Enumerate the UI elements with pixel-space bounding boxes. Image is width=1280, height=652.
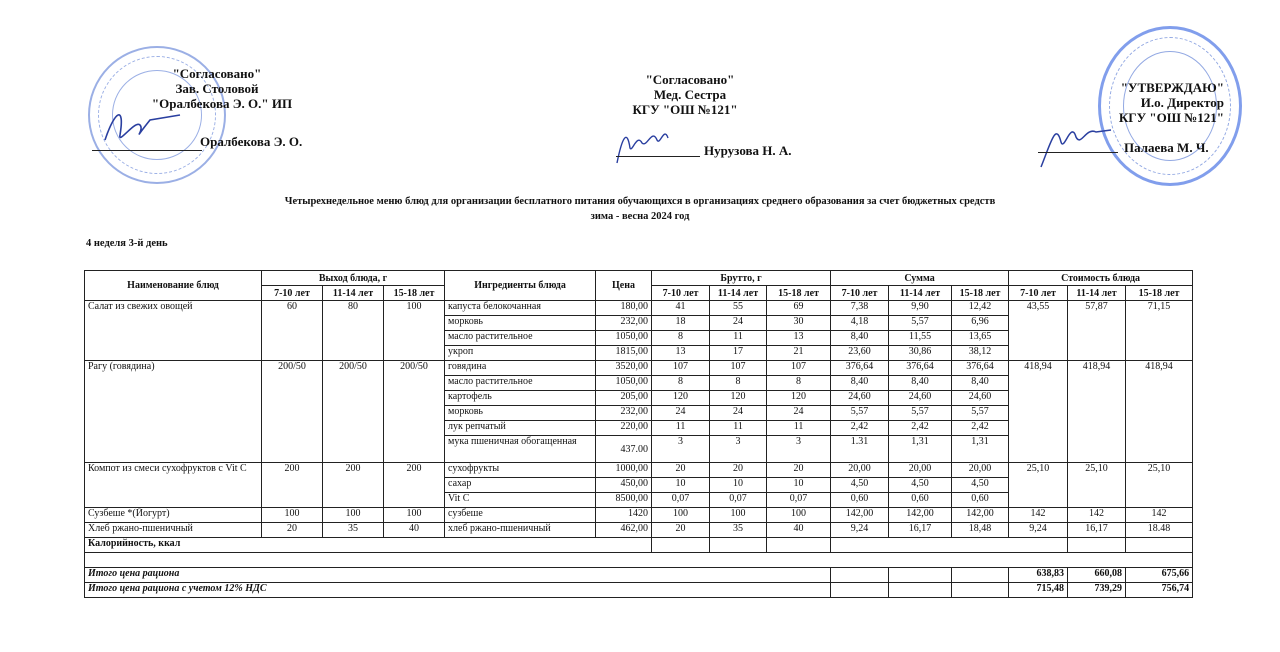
ingredient-gross: 10 [710,478,767,493]
ingredient-sum: 142,00 [889,508,952,523]
ingredient-gross: 21 [767,346,831,361]
calories-label: Калорийность, ккал [85,538,652,553]
dish-name: Рагу (говядина) [85,361,262,463]
approval-center-signer: Нурузова Н. А. [704,143,792,158]
ingredient-gross: 20 [652,463,710,478]
approval-center-line2: КГУ "ОШ №121" [580,102,790,117]
ingredient-gross: 35 [710,523,767,538]
week-day-label: 4 неделя 3-й день [86,238,168,249]
dish-yield: 60 [262,301,323,361]
ingredient-price: 1050,00 [596,331,652,346]
dish-yield: 35 [323,523,384,538]
dish-yield: 100 [262,508,323,523]
ingredient-gross: 24 [652,406,710,421]
ingredient-name: хлеб ржано-пшеничный [445,523,596,538]
total-empty [952,568,1009,583]
table-row: Сузбеше *(Йогурт)100100100сузбеше1420100… [85,508,1193,523]
header-age-group: 11-14 лет [710,286,767,301]
header-ingredients: Ингредиенты блюда [445,271,596,301]
approval-center-signature-line [616,156,700,157]
ingredient-name: Vit C [445,493,596,508]
ingredient-gross: 20 [652,523,710,538]
empty-cell [85,553,1193,568]
dish-cost: 418,94 [1009,361,1068,463]
approval-right-line2: КГУ "ОШ №121" [1064,110,1224,125]
ingredient-sum: 5,57 [831,406,889,421]
ingredient-sum: 2,42 [831,421,889,436]
dish-yield: 200/50 [323,361,384,463]
calories-cell [1068,538,1126,553]
document-title: Четырехнедельное меню блюд для организац… [0,194,1280,224]
dish-yield: 80 [323,301,384,361]
ingredient-name: лук репчатый [445,421,596,436]
ingredient-sum: 8,40 [952,376,1009,391]
header-yield: Выход блюда, г [262,271,445,286]
ingredient-sum: 5,57 [889,406,952,421]
total-empty [952,583,1009,598]
total-label: Итого цена рациона [85,568,831,583]
ingredient-gross: 11 [710,421,767,436]
calories-cell [710,538,767,553]
ingredient-gross: 3 [767,436,831,463]
ingredient-gross: 11 [652,421,710,436]
dish-yield: 200/50 [384,361,445,463]
ingredient-price: 205,00 [596,391,652,406]
approval-left-line1: Зав. Столовой [102,81,332,96]
table-row: Салат из свежих овощей6080100капуста бел… [85,301,1193,316]
ingredient-price: 8500,00 [596,493,652,508]
menu-table: Наименование блюдВыход блюда, гИнгредиен… [84,270,1193,598]
ingredient-price: 1050,00 [596,376,652,391]
header-dish-cost: Стоимость блюда [1009,271,1193,286]
ingredient-name: сузбеше [445,508,596,523]
calories-row: Калорийность, ккал [85,538,1193,553]
ingredient-price: 437.00 [596,436,652,463]
ingredient-sum: 5,57 [952,406,1009,421]
ingredient-name: капуста белокочанная [445,301,596,316]
header-age-group: 15-18 лет [1126,286,1193,301]
ingredient-sum: 24,60 [831,391,889,406]
ingredient-sum: 0,60 [831,493,889,508]
ingredient-gross: 8 [652,376,710,391]
ingredient-sum: 142,00 [952,508,1009,523]
approval-center-line1: Мед. Сестра [590,87,790,102]
empty-row [85,553,1193,568]
ingredient-price: 232,00 [596,316,652,331]
dish-cost: 25,10 [1068,463,1126,508]
ingredient-gross: 0,07 [652,493,710,508]
ingredient-gross: 10 [652,478,710,493]
dish-yield: 200 [262,463,323,508]
ingredient-gross: 3 [710,436,767,463]
ingredient-gross: 8 [652,331,710,346]
total-empty [889,568,952,583]
ingredient-sum: 142,00 [831,508,889,523]
ingredient-sum: 4,50 [952,478,1009,493]
approval-right-line1: И.о. Директор [1064,95,1224,110]
ingredient-sum: 23,60 [831,346,889,361]
ingredient-sum: 9,24 [831,523,889,538]
ingredient-sum: 4,18 [831,316,889,331]
dish-cost: 9,24 [1009,523,1068,538]
ingredient-name: говядина [445,361,596,376]
ingredient-gross: 20 [710,463,767,478]
ingredient-sum: 20,00 [889,463,952,478]
ingredient-gross: 69 [767,301,831,316]
dish-yield: 20 [262,523,323,538]
dish-yield: 200 [323,463,384,508]
ingredient-sum: 1.31 [831,436,889,463]
ingredient-sum: 376,64 [889,361,952,376]
ingredient-gross: 107 [652,361,710,376]
ingredient-name: морковь [445,316,596,331]
ingredient-gross: 20 [767,463,831,478]
total-vat-value: 756,74 [1126,583,1193,598]
header-age-group: 11-14 лет [889,286,952,301]
ingredient-sum: 13,65 [952,331,1009,346]
ingredient-name: сахар [445,478,596,493]
ingredient-gross: 55 [710,301,767,316]
header-age-group: 15-18 лет [952,286,1009,301]
ingredient-sum: 12,42 [952,301,1009,316]
ingredient-sum: 11,55 [889,331,952,346]
ingredient-price: 1420 [596,508,652,523]
total-value: 638,83 [1009,568,1068,583]
dish-cost: 142 [1126,508,1193,523]
dish-yield: 100 [384,301,445,361]
total-empty [831,568,889,583]
ingredient-gross: 120 [710,391,767,406]
dish-cost: 71,15 [1126,301,1193,361]
ingredient-sum: 6,96 [952,316,1009,331]
header-row: Наименование блюдВыход блюда, гИнгредиен… [85,271,1193,286]
dish-yield: 40 [384,523,445,538]
ingredient-gross: 11 [767,421,831,436]
approval-left: "Согласовано" Зав. Столовой "Оралбекова … [112,66,332,111]
total-empty [889,583,952,598]
approval-center-heading: "Согласовано" [590,72,790,87]
dish-cost: 418,94 [1068,361,1126,463]
ingredient-sum: 1,31 [952,436,1009,463]
ingredient-sum: 376,64 [952,361,1009,376]
ingredient-name: масло растительное [445,331,596,346]
total-vat-row: Итого цена рациона с учетом 12% НДС715,4… [85,583,1193,598]
dish-name: Салат из свежих овощей [85,301,262,361]
dish-cost: 18.48 [1126,523,1193,538]
ingredient-gross: 8 [710,376,767,391]
ingredient-sum: 8,40 [831,331,889,346]
dish-name: Сузбеше *(Йогурт) [85,508,262,523]
approval-left-signer: Оралбекова Э. О. [200,134,302,149]
ingredient-sum: 4,50 [889,478,952,493]
total-empty [831,583,889,598]
ingredient-gross: 100 [710,508,767,523]
ingredient-sum: 16,17 [889,523,952,538]
ingredient-name: морковь [445,406,596,421]
ingredient-name: картофель [445,391,596,406]
ingredient-sum: 8,40 [889,376,952,391]
calories-cell [831,538,1068,553]
document-subtitle: зима - весна 2024 год [0,209,1280,224]
ingredient-gross: 40 [767,523,831,538]
ingredient-sum: 376,64 [831,361,889,376]
ingredient-sum: 5,57 [889,316,952,331]
header-age-group: 7-10 лет [652,286,710,301]
ingredient-name: укроп [445,346,596,361]
dish-cost: 16,17 [1068,523,1126,538]
approval-left-heading: "Согласовано" [102,66,332,81]
ingredient-sum: 18,48 [952,523,1009,538]
table-row: Хлеб ржано-пшеничный203540хлеб ржано-пше… [85,523,1193,538]
dish-cost: 43,55 [1009,301,1068,361]
ingredient-gross: 8 [767,376,831,391]
ingredient-gross: 41 [652,301,710,316]
table-row: Компот из смеси сухофруктов с Vit C20020… [85,463,1193,478]
approval-right-signature-line [1038,152,1118,153]
ingredient-sum: 20,00 [952,463,1009,478]
ingredient-price: 180,00 [596,301,652,316]
approval-left-signature-line [92,150,202,151]
ingredient-price: 450,00 [596,478,652,493]
ingredient-sum: 0,60 [952,493,1009,508]
ingredient-gross: 13 [652,346,710,361]
ingredient-gross: 0,07 [710,493,767,508]
ingredient-gross: 18 [652,316,710,331]
ingredient-name: масло растительное [445,376,596,391]
calories-cell [767,538,831,553]
ingredient-name: сухофрукты [445,463,596,478]
ingredient-gross: 10 [767,478,831,493]
dish-yield: 200 [384,463,445,508]
total-vat-label: Итого цена рациона с учетом 12% НДС [85,583,831,598]
ingredient-price: 1000,00 [596,463,652,478]
ingredient-name: мука пшеничная обогащенная [445,436,596,463]
ingredient-gross: 24 [710,406,767,421]
header-price: Цена [596,271,652,301]
header-gross: Брутто, г [652,271,831,286]
dish-yield: 100 [384,508,445,523]
ingredient-sum: 0,60 [889,493,952,508]
dish-name: Компот из смеси сухофруктов с Vit C [85,463,262,508]
center-signature-icon [612,118,692,168]
dish-cost: 142 [1068,508,1126,523]
ingredient-sum: 4,50 [831,478,889,493]
ingredient-gross: 24 [710,316,767,331]
header-age-group: 11-14 лет [1068,286,1126,301]
header-sum: Сумма [831,271,1009,286]
approval-right-heading: "УТВЕРЖДАЮ" [1064,80,1224,95]
ingredient-price: 220,00 [596,421,652,436]
ingredient-gross: 120 [652,391,710,406]
ingredient-sum: 1,31 [889,436,952,463]
ingredient-sum: 9,90 [889,301,952,316]
dish-yield: 100 [323,508,384,523]
ingredient-price: 232,00 [596,406,652,421]
total-row: Итого цена рациона638,83660,08675,66 [85,568,1193,583]
table-row: Рагу (говядина)200/50200/50200/50говядин… [85,361,1193,376]
ingredient-gross: 24 [767,406,831,421]
header-dish-name: Наименование блюд [85,271,262,301]
ingredient-gross: 3 [652,436,710,463]
header-age-group: 7-10 лет [262,286,323,301]
ingredient-sum: 24,60 [889,391,952,406]
ingredient-gross: 13 [767,331,831,346]
ingredient-gross: 0,07 [767,493,831,508]
ingredient-price: 1815,00 [596,346,652,361]
ingredient-sum: 24,60 [952,391,1009,406]
header-age-group: 15-18 лет [384,286,445,301]
ingredient-sum: 2,42 [889,421,952,436]
dish-name: Хлеб ржано-пшеничный [85,523,262,538]
dish-cost: 25,10 [1126,463,1193,508]
dish-cost: 25,10 [1009,463,1068,508]
ingredient-price: 462,00 [596,523,652,538]
header-age-group: 7-10 лет [1009,286,1068,301]
ingredient-sum: 38,12 [952,346,1009,361]
approval-right: "УТВЕРЖДАЮ" И.о. Директор КГУ "ОШ №121" [1064,80,1224,125]
header-age-group: 11-14 лет [323,286,384,301]
total-vat-value: 715,48 [1009,583,1068,598]
approval-right-signer: Палаева М. Ч. [1124,140,1209,155]
calories-cell [1126,538,1193,553]
total-vat-value: 739,29 [1068,583,1126,598]
dish-yield: 200/50 [262,361,323,463]
total-value: 675,66 [1126,568,1193,583]
ingredient-gross: 120 [767,391,831,406]
calories-cell [652,538,710,553]
dish-cost: 418,94 [1126,361,1193,463]
ingredient-gross: 11 [710,331,767,346]
document-title-line: Четырехнедельное меню блюд для организац… [0,194,1280,209]
ingredient-sum: 8,40 [831,376,889,391]
approval-left-line2: "Оралбекова Э. О." ИП [112,96,332,111]
ingredient-price: 3520,00 [596,361,652,376]
dish-cost: 57,87 [1068,301,1126,361]
ingredient-sum: 2,42 [952,421,1009,436]
ingredient-gross: 100 [767,508,831,523]
ingredient-gross: 107 [710,361,767,376]
approval-center: "Согласовано" Мед. Сестра КГУ "ОШ №121" [590,72,790,117]
ingredient-gross: 100 [652,508,710,523]
total-value: 660,08 [1068,568,1126,583]
ingredient-sum: 7,38 [831,301,889,316]
ingredient-sum: 20,00 [831,463,889,478]
dish-cost: 142 [1009,508,1068,523]
ingredient-gross: 17 [710,346,767,361]
header-age-group: 7-10 лет [831,286,889,301]
ingredient-gross: 107 [767,361,831,376]
ingredient-gross: 30 [767,316,831,331]
ingredient-sum: 30,86 [889,346,952,361]
header-age-group: 15-18 лет [767,286,831,301]
